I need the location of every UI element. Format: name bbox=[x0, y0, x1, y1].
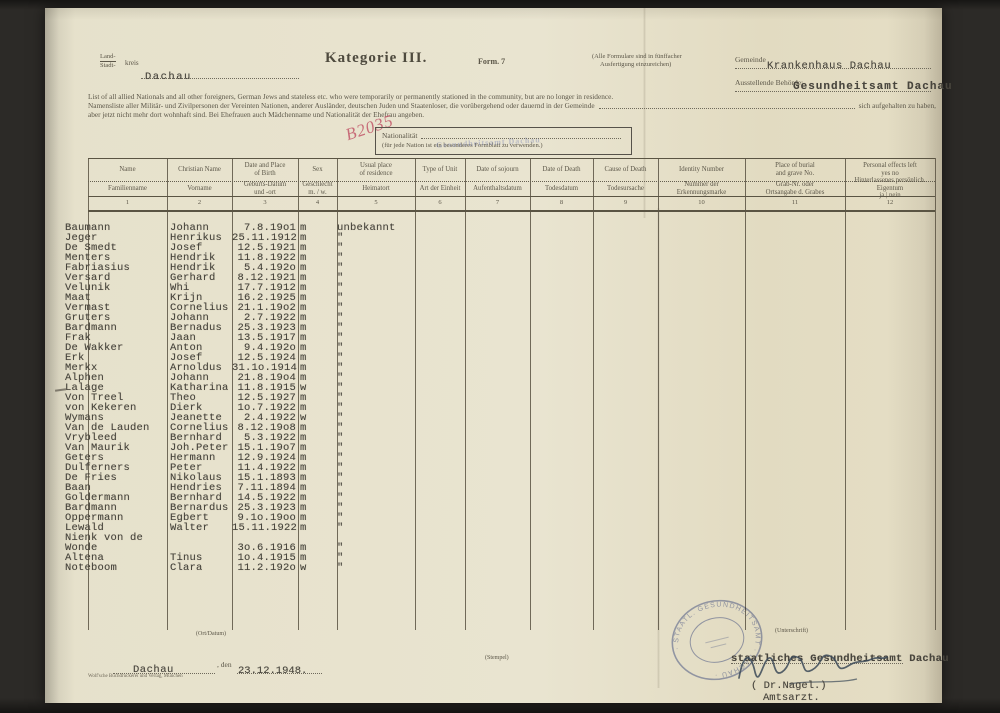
column-header-german: Familienname bbox=[89, 181, 166, 196]
column-header-german: Geburts-Datum und -ort bbox=[233, 181, 297, 196]
column-header-english: Date of sojourn bbox=[466, 158, 529, 181]
column-number: 2 bbox=[168, 196, 231, 210]
table-header-bottom-line bbox=[88, 210, 935, 212]
column-header-german: Todesursache bbox=[594, 181, 657, 196]
date-typed: 23.12.1948. bbox=[238, 665, 307, 677]
column-header-english: Date of Death bbox=[531, 158, 592, 181]
scanned-document-page: Land- Stadt- kreis Dachau Kategorie III.… bbox=[0, 0, 1000, 713]
cell-firstname: Walter bbox=[170, 523, 209, 533]
column-number: 5 bbox=[338, 196, 414, 210]
form-paper: Land- Stadt- kreis Dachau Kategorie III.… bbox=[45, 8, 942, 703]
signer-name: ( Dr.Nagel.) bbox=[751, 680, 827, 692]
column-header-german: Vorname bbox=[168, 181, 231, 196]
unterschrift-label: (Unterschrift) bbox=[775, 628, 808, 634]
column-number: 12 bbox=[846, 196, 934, 210]
den-label: , den bbox=[217, 660, 232, 669]
column-header-german: Aufenthaltsdatum bbox=[466, 181, 529, 196]
cell-sex: w bbox=[300, 563, 307, 573]
column-header-english: Type of Unit bbox=[416, 158, 464, 181]
column-header-german: Geschlecht m. / w. bbox=[299, 181, 336, 196]
column-number: 10 bbox=[659, 196, 744, 210]
roster-table: NameFamilienname1Christian NameVorname2D… bbox=[45, 8, 942, 703]
column-header-english: Cause of Death bbox=[594, 158, 657, 181]
cell-sex: m bbox=[300, 523, 307, 533]
table-row: NoteboomClara11.2.192ow" bbox=[45, 563, 942, 574]
cell-firstname: Clara bbox=[170, 563, 203, 573]
column-number: 7 bbox=[466, 196, 529, 210]
column-header-german: Todesdatum bbox=[531, 181, 592, 196]
column-number: 1 bbox=[89, 196, 166, 210]
stempel-label: (Stempel) bbox=[485, 655, 509, 661]
column-number: 6 bbox=[416, 196, 464, 210]
ort-datum-label: (Ort/Datum) bbox=[196, 631, 226, 637]
column-header-german: Nummer der Erkennungsmarke bbox=[659, 181, 744, 196]
column-header-english: Date and Place of Birth bbox=[233, 158, 297, 181]
cell-birthdate: 15.11.1922 bbox=[232, 523, 296, 533]
signer-title: Amtsarzt. bbox=[763, 692, 820, 704]
column-header-english: Christian Name bbox=[168, 158, 231, 181]
cell-residence: " bbox=[337, 523, 344, 533]
column-header-german: Heimatort bbox=[338, 181, 414, 196]
column-number: 11 bbox=[746, 196, 844, 210]
printer-imprint: Wolf'sche Buchdruckerei und Verlag, Münc… bbox=[88, 674, 183, 679]
column-header-german: Art der Einheit bbox=[416, 181, 464, 196]
column-header-english: Name bbox=[89, 158, 166, 181]
column-number: 3 bbox=[233, 196, 297, 210]
column-header-german: Grab-Nr. oder Ortsangabe d. Grabes bbox=[746, 181, 844, 196]
column-header-german: Hinterlassenes persönlich. Eigentum ja |… bbox=[846, 181, 934, 196]
column-number: 4 bbox=[299, 196, 336, 210]
column-number: 8 bbox=[531, 196, 592, 210]
column-header-english: Place of burial and grave No. bbox=[746, 158, 844, 181]
cell-surname: Noteboom bbox=[65, 563, 117, 573]
column-header-english: Sex bbox=[299, 158, 336, 181]
cell-residence: unbekannt bbox=[337, 223, 396, 233]
column-header-english: Identity Number bbox=[659, 158, 744, 181]
column-number: 9 bbox=[594, 196, 657, 210]
cell-residence: " bbox=[337, 563, 344, 573]
column-header-english: Usual place of residence bbox=[338, 158, 414, 181]
cell-birthdate: 11.2.192o bbox=[232, 563, 296, 573]
